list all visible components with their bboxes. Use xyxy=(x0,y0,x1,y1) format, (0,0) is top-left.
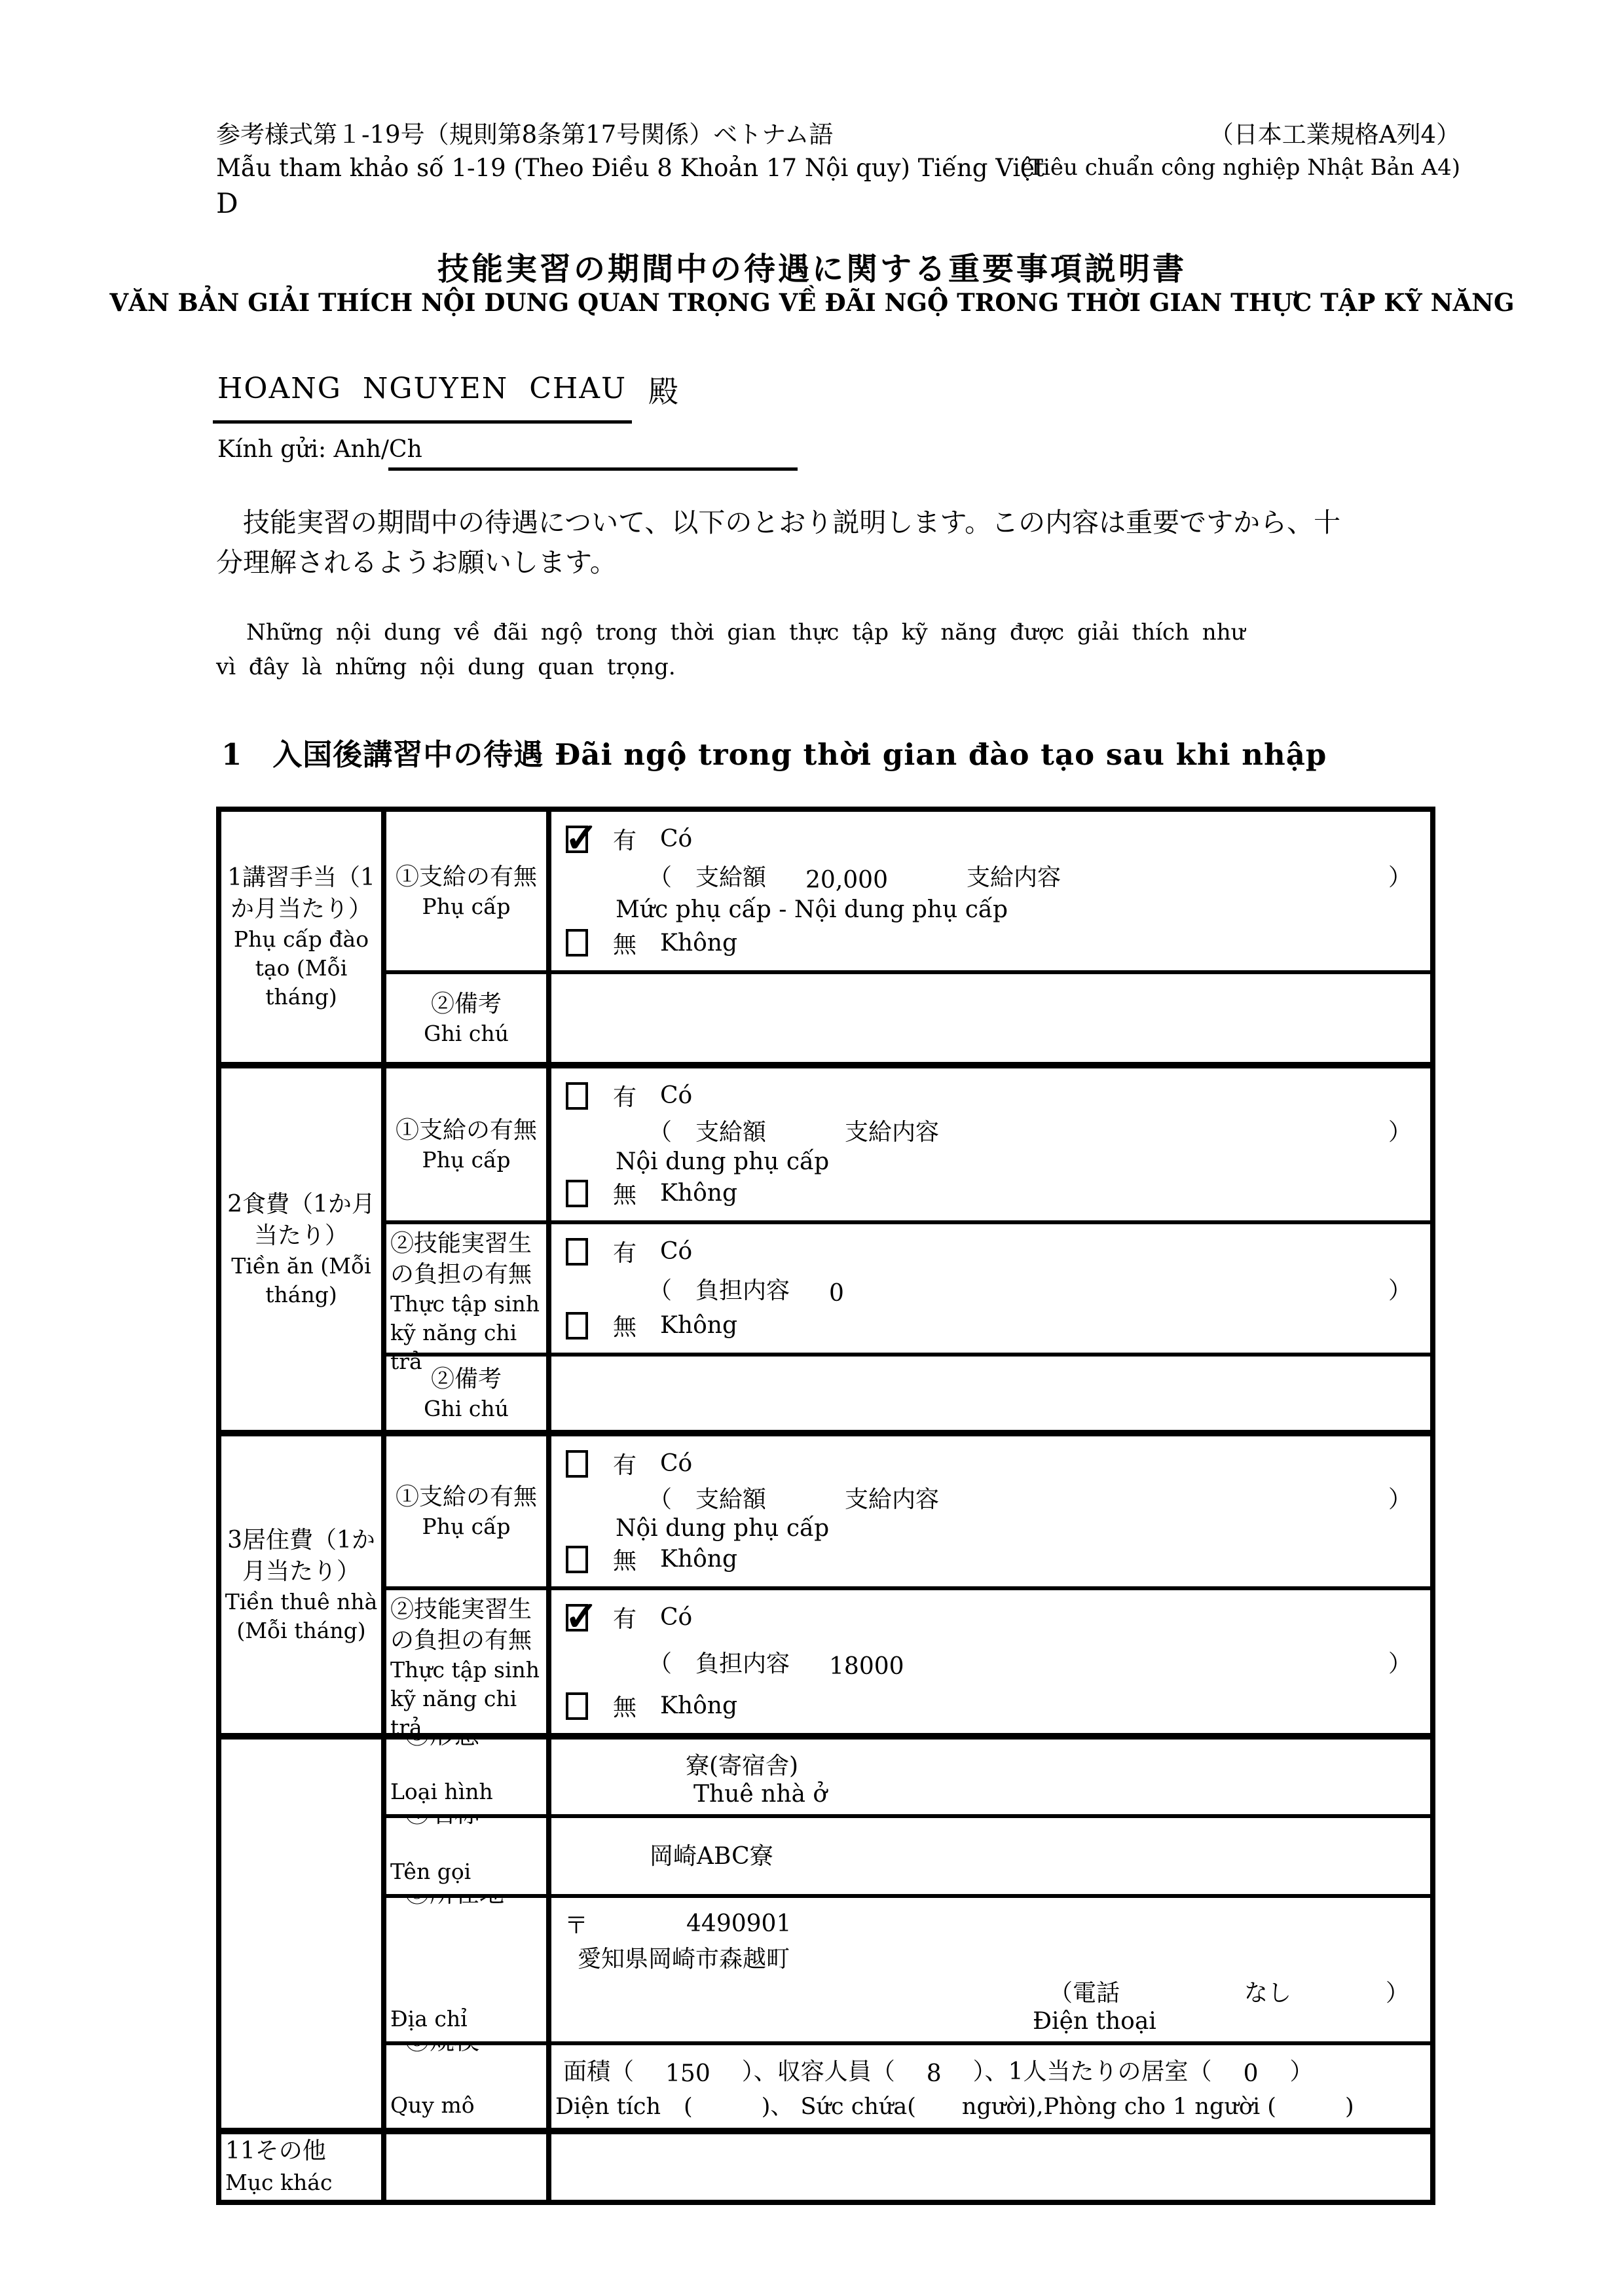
content-cell-name: 岡崎ABC寮 xyxy=(551,1818,1430,1894)
yes-label-vi: Có xyxy=(660,1604,692,1631)
payment-label-vi: Phụ cấp xyxy=(422,1146,510,1175)
addressee-name-underline xyxy=(213,420,632,424)
content-cell-payment: 有 Có （ 支給額 支給内容 ） Nội dung phụ cấp xyxy=(551,1436,1430,1586)
burden-label-jp: ②技能実習生の負担の有無 xyxy=(390,1594,545,1656)
item-label-jp: 1講習手当（1か月当たり） xyxy=(223,862,380,925)
item-label-vi: Phụ cấp đào tạo (Mỗi tháng) xyxy=(223,925,380,1011)
amount-desc-vi: Nội dung phụ cấp xyxy=(551,1148,1430,1175)
checkbox-yes[interactable] xyxy=(566,1082,588,1110)
phone-row: （電話 なし ） xyxy=(1049,1975,1430,2008)
header-right: （日本工業規格A列4） (Tiêu chuẩn công nghiệp Nhật… xyxy=(1020,118,1460,185)
no-label-jp: 無 xyxy=(613,1176,637,1210)
burden-detail-row: （ 負担内容 18000 ） xyxy=(551,1645,1430,1679)
item-cell-food: 2食費（1か月当たり） Tiền ăn (Mỗi tháng) xyxy=(221,1068,386,1430)
housing-name-value: 岡崎ABC寮 xyxy=(650,1838,1430,1871)
row-remarks: ②備考 Ghi chú xyxy=(386,974,1430,1062)
phone-close: ） xyxy=(1386,1975,1409,2008)
phone-label-vi: Điện thoại xyxy=(551,2008,1430,2035)
row-housing-name: ④名称 Tên gọi 岡崎ABC寮 xyxy=(386,1818,1430,1898)
item-cell-training-allowance: 1講習手当（1か月当たり） Phụ cấp đào tạo (Mỗi tháng… xyxy=(221,812,386,1062)
paren-close: ） xyxy=(1388,859,1412,892)
other-content-empty xyxy=(551,2134,1430,2200)
capacity-value: 8 xyxy=(927,2060,942,2087)
size-label-vi: Quy mô xyxy=(390,2091,475,2120)
remarks-content xyxy=(551,1357,1430,1430)
amount-detail-row: （ 支給額 支給内容 ） xyxy=(551,1114,1430,1147)
yes-label-jp: 有 xyxy=(613,822,637,856)
content-cell-burden: 有 Có （ 負担内容 0 ） 無 K xyxy=(551,1224,1430,1353)
item-cell-housing-cost: 3居住費（1か月当たり） Tiền thuê nhà (Mỗi tháng) xyxy=(221,1436,386,1733)
postal-mark: 〒 xyxy=(564,1907,588,1941)
amount-detail-row: （ 支給額 支給内容 ） xyxy=(551,1481,1430,1514)
checkbox-no[interactable] xyxy=(566,1546,588,1573)
no-option-row: 無 Không xyxy=(551,1689,1430,1722)
yes-label-jp: 有 xyxy=(613,1235,637,1268)
yes-option-row: 有 Có xyxy=(551,1235,1430,1268)
item-label-vi: Tiền ăn (Mỗi tháng) xyxy=(223,1252,380,1309)
document-title-jp: 技能実習の期間中の待遇に関する重要事項説明書 xyxy=(0,244,1624,289)
yes-option-row: 有 Có xyxy=(551,1079,1430,1112)
burden-value: 0 xyxy=(829,1280,844,1307)
other-label-jp: 11その他 xyxy=(225,2136,326,2167)
intro-vi-line2: vì đây là những nội dung quan trọng. xyxy=(216,650,1450,685)
paren-open: （ 負担内容 xyxy=(648,1272,790,1305)
size-seg: 面積（ xyxy=(563,2053,634,2086)
no-option-row: 無 Không xyxy=(551,1176,1430,1210)
label-cell-payment: ①支給の有無 Phụ cấp xyxy=(386,812,551,970)
greeting-underline xyxy=(388,467,798,471)
paren-close: ） xyxy=(1388,1114,1412,1147)
payment-label-jp: ①支給の有無 xyxy=(396,1482,537,1512)
label-cell-payment: ①支給の有無 Phụ cấp xyxy=(386,1436,551,1586)
row-housing-type: ③形態 Loại hình 寮(寄宿舎) Thuê nhà ở xyxy=(386,1740,1430,1818)
remarks-label-vi: Ghi chú xyxy=(424,1394,509,1423)
content-cell-payment: 有 Có （ 支給額 支給内容 ） Nội dung phụ cấp xyxy=(551,1068,1430,1220)
checkbox-no[interactable] xyxy=(566,1180,588,1207)
paren-open: （ 支給額 xyxy=(648,859,766,892)
paren-tail: 支給内容 xyxy=(845,1114,939,1147)
address-label-vi: Địa chỉ xyxy=(390,2005,468,2033)
label-cell-size: ⑥規模 Quy mô xyxy=(386,2045,551,2128)
room-per-person-value: 0 xyxy=(1244,2060,1259,2087)
checkbox-yes[interactable] xyxy=(566,1238,588,1266)
content-cell-burden: 有 Có （ 負担内容 18000 ） 無 xyxy=(551,1590,1430,1733)
item-label-jp: 2食費（1か月当たり） xyxy=(223,1189,380,1252)
no-label-jp: 無 xyxy=(613,1689,637,1722)
postal-code: 4490901 xyxy=(686,1910,791,1944)
yes-label-jp: 有 xyxy=(613,1447,637,1480)
size-seg: ） xyxy=(1289,2053,1313,2086)
payment-label-jp: ①支給の有無 xyxy=(396,1115,537,1146)
no-option-row: 無 Không xyxy=(551,1542,1430,1576)
amount-detail-row: （ 支給額 20,000 支給内容 ） xyxy=(551,859,1430,892)
phone-value: なし xyxy=(1244,1975,1291,2008)
remarks-label-jp: ②備考 xyxy=(431,989,502,1019)
yes-label-jp: 有 xyxy=(613,1601,637,1634)
type-value-jp: 寮(寄宿舎) xyxy=(686,1747,1430,1781)
yes-option-row: 有 Có xyxy=(551,822,1430,856)
burden-label-jp: ②技能実習生の負担の有無 xyxy=(390,1228,545,1290)
table-group-other: 11その他 Mục khác xyxy=(221,2134,1430,2200)
clipped-jp-label: ④名称 xyxy=(405,1818,479,1828)
checkbox-no[interactable] xyxy=(566,1312,588,1339)
content-cell-payment: 有 Có （ 支給額 20,000 支給内容 ） Mức phụ cấp - N… xyxy=(551,812,1430,970)
address-jp: 愛知県岡崎市森越町 xyxy=(551,1941,1430,1974)
label-cell-burden: ②技能実習生の負担の有無 Thực tập sinh kỹ năng chi t… xyxy=(386,1224,551,1353)
row-other xyxy=(386,2134,1430,2200)
remarks-label-jp: ②備考 xyxy=(431,1364,502,1394)
row-housing-burden: ②技能実習生の負担の有無 Thực tập sinh kỹ năng chi t… xyxy=(386,1590,1430,1733)
paren-close: ） xyxy=(1388,1481,1412,1514)
yes-label-vi: Có xyxy=(660,826,692,852)
payment-label-vi: Phụ cấp xyxy=(422,892,510,921)
clipped-jp-label: ③形態 xyxy=(405,1740,479,1749)
yes-label-vi: Có xyxy=(660,1450,692,1477)
area-value: 150 xyxy=(665,2060,710,2087)
document-page: 参考様式第１-19号（規則第8条第17号関係）ベトナム語 Mẫu tham kh… xyxy=(0,0,1624,2296)
yes-option-row: 有 Có xyxy=(551,1447,1430,1480)
addressee-honorific: 殿 xyxy=(648,368,678,411)
row-allowance-payment: ①支給の有無 Phụ cấp 有 Có （ 支給額 20,000 支給内容 xyxy=(386,812,1430,974)
header-stray-d: D xyxy=(216,185,1044,223)
label-cell-name: ④名称 Tên gọi xyxy=(386,1818,551,1894)
clipped-jp-label: ⑤所在地 xyxy=(405,1898,504,1908)
checkbox-yes[interactable] xyxy=(566,826,588,853)
paren-open: （ 負担内容 xyxy=(648,1645,790,1679)
postal-row: 〒 4490901 xyxy=(551,1907,1430,1941)
treatment-table: 1講習手当（1か月当たり） Phụ cấp đào tạo (Mỗi tháng… xyxy=(216,807,1435,2205)
table-group-food: 2食費（1か月当たり） Tiền ăn (Mỗi tháng) ①支給の有無 P… xyxy=(221,1068,1430,1436)
yes-label-vi: Có xyxy=(660,1082,692,1109)
other-label-vi: Mục khác xyxy=(225,2168,332,2197)
item-label-jp: 3居住費（1か月当たり） xyxy=(223,1525,380,1588)
document-title-vi: VĂN BẢN GIẢI THÍCH NỘI DUNG QUAN TRỌNG V… xyxy=(0,288,1624,317)
payment-label-vi: Phụ cấp xyxy=(422,1512,510,1541)
no-label-vi: Không xyxy=(660,1546,737,1573)
checkbox-yes[interactable] xyxy=(566,1450,588,1478)
label-cell-payment: ①支給の有無 Phụ cấp xyxy=(386,1068,551,1220)
paren-tail: 支給内容 xyxy=(967,859,1061,892)
form-number-vi: Mẫu tham khảo số 1-19 (Theo Điều 8 Khoản… xyxy=(216,151,1044,185)
table-group-housing-details: ③形態 Loại hình 寮(寄宿舎) Thuê nhà ở ④名称 Tên … xyxy=(221,1740,1430,2134)
no-option-row: 無 Không xyxy=(551,926,1430,960)
burden-label-vi: Thực tập sinh kỹ năng chi trả xyxy=(390,1656,545,1742)
intro-paragraph-jp: 技能実習の期間中の待遇について、以下のとおり説明します。この内容は重要ですから、… xyxy=(216,503,1450,583)
item-cell-blank xyxy=(221,1740,386,2128)
item-label-vi: Tiền thuê nhà (Mỗi tháng) xyxy=(223,1588,380,1645)
content-cell-size: 面積（ 150 ）、収容人員（ 8 ）、1人当たりの居室（ 0 ） Diện t… xyxy=(551,2045,1430,2128)
paper-standard-jp: （日本工業規格A列4） xyxy=(1020,118,1460,151)
no-label-vi: Không xyxy=(660,1312,737,1339)
paren-open: （ 支給額 xyxy=(648,1114,766,1147)
form-number-jp: 参考様式第１-19号（規則第8条第17号関係）ベトナム語 xyxy=(216,118,1044,151)
no-label-jp: 無 xyxy=(613,1309,637,1342)
table-group-training-allowance: 1講習手当（1か月当たり） Phụ cấp đào tạo (Mỗi tháng… xyxy=(221,812,1430,1068)
checkbox-no[interactable] xyxy=(566,929,588,957)
intro-vi-line1: Những nội dung về đãi ngộ trong thời gia… xyxy=(216,615,1450,650)
item-cell-other: 11その他 Mục khác xyxy=(221,2134,386,2200)
no-label-jp: 無 xyxy=(613,1542,637,1576)
burden-detail-row: （ 負担内容 0 ） xyxy=(551,1272,1430,1305)
checkbox-no[interactable] xyxy=(566,1692,588,1720)
size-seg: ）、収容人員（ xyxy=(742,2053,895,2086)
row-housing-size: ⑥規模 Quy mô 面積（ 150 ）、収容人員（ 8 ）、1人当たりの居室（… xyxy=(386,2045,1430,2128)
yes-label-vi: Có xyxy=(660,1238,692,1265)
phone-open: （電話 xyxy=(1049,1975,1120,2008)
paren-close: ） xyxy=(1388,1272,1412,1305)
content-cell-type: 寮(寄宿舎) Thuê nhà ở xyxy=(551,1740,1430,1814)
amount-desc-vi: Mức phụ cấp - Nội dung phụ cấp xyxy=(551,896,1430,923)
no-label-jp: 無 xyxy=(613,926,637,960)
greeting-text: Kính gửi: Anh/Ch xyxy=(217,436,422,463)
intro-jp-line1: 技能実習の期間中の待遇について、以下のとおり説明します。この内容は重要ですから、… xyxy=(216,503,1450,543)
no-label-vi: Không xyxy=(660,930,737,957)
yes-option-row: 有 Có xyxy=(551,1601,1430,1634)
label-cell-address: ⑤所在地 Địa chỉ xyxy=(386,1898,551,2041)
intro-jp-line2: 分理解されるようお願いします。 xyxy=(216,543,1450,583)
remarks-label-vi: Ghi chú xyxy=(424,1019,509,1048)
section-1-heading: 1 入国後講習中の待遇 Đãi ngộ trong thời gian đào … xyxy=(221,731,1327,773)
name-label-vi: Tên gọi xyxy=(390,1857,471,1886)
payment-label-jp: ①支給の有無 xyxy=(396,862,537,892)
no-option-row: 無 Không xyxy=(551,1309,1430,1342)
size-line-vi: Diện tích ( )、 Sức chứa( người),Phòng ch… xyxy=(551,2088,1430,2121)
no-label-vi: Không xyxy=(660,1180,737,1207)
paren-tail: 支給内容 xyxy=(845,1481,939,1514)
row-housing-address: ⑤所在地 Địa chỉ 〒 4490901 愛知県岡崎市森越町 （電話 なし xyxy=(386,1898,1430,2045)
paren-open: （ 支給額 xyxy=(648,1481,766,1514)
content-cell-address: 〒 4490901 愛知県岡崎市森越町 （電話 なし ） Điện thoại xyxy=(551,1898,1430,2041)
paren-close: ） xyxy=(1388,1645,1412,1679)
addressee-name: HOANG NGUYEN CHAU xyxy=(217,372,627,405)
type-value-vi: Thuê nhà ở xyxy=(686,1781,1430,1808)
label-cell-remarks: ②備考 Ghi chú xyxy=(386,1357,551,1430)
row-remarks: ②備考 Ghi chú xyxy=(386,1357,1430,1430)
paper-standard-vi: (Tiêu chuẩn công nghiệp Nhật Bản A4) xyxy=(1020,151,1460,185)
row-food-payment: ①支給の有無 Phụ cấp 有 Có （ 支給額 支給内容 xyxy=(386,1068,1430,1224)
yes-label-jp: 有 xyxy=(613,1079,637,1112)
row-food-burden: ②技能実習生の負担の有無 Thực tập sinh kỹ năng chi t… xyxy=(386,1224,1430,1357)
size-line-jp: 面積（ 150 ）、収容人員（ 8 ）、1人当たりの居室（ 0 ） xyxy=(551,2053,1430,2086)
header-left: 参考様式第１-19号（規則第8条第17号関係）ベトナム語 Mẫu tham kh… xyxy=(216,118,1044,223)
size-seg: ）、1人当たりの居室（ xyxy=(973,2053,1212,2086)
burden-value: 18000 xyxy=(829,1653,904,1680)
other-label-cell-empty xyxy=(386,2134,551,2200)
checkbox-yes[interactable] xyxy=(566,1604,588,1631)
label-cell-remarks: ②備考 Ghi chú xyxy=(386,974,551,1062)
amount-desc-vi: Nội dung phụ cấp xyxy=(551,1515,1430,1542)
clipped-jp-label: ⑥規模 xyxy=(405,2045,479,2055)
remarks-content xyxy=(551,974,1430,1062)
type-label-vi: Loại hình xyxy=(390,1777,493,1806)
label-cell-type: ③形態 Loại hình xyxy=(386,1740,551,1814)
amount-value: 20,000 xyxy=(805,867,888,894)
row-housing-payment: ①支給の有無 Phụ cấp 有 Có （ 支給額 支給内容 xyxy=(386,1436,1430,1590)
label-cell-burden: ②技能実習生の負担の有無 Thực tập sinh kỹ năng chi t… xyxy=(386,1590,551,1733)
intro-paragraph-vi: Những nội dung về đãi ngộ trong thời gia… xyxy=(216,615,1450,685)
no-label-vi: Không xyxy=(660,1692,737,1719)
table-group-housing-cost: 3居住費（1か月当たり） Tiền thuê nhà (Mỗi tháng) ①… xyxy=(221,1436,1430,1740)
